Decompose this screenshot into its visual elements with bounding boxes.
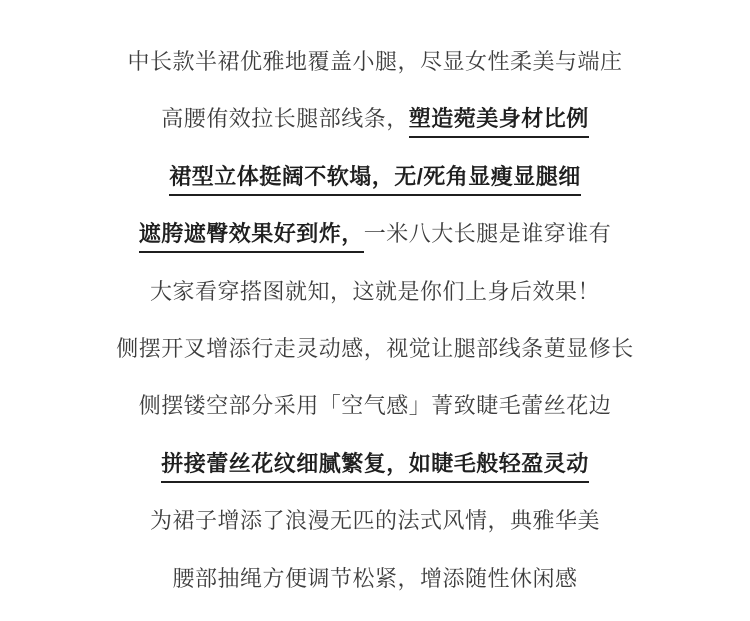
text-segment: 为裙子增添了浪漫无匹的法式风情，典雅华美 — [150, 508, 600, 533]
text-line: 侧摆开叉增添行走灵动感，视觉让腿部线条莄显修长 — [0, 320, 750, 377]
text-segment: 侧摆开叉增添行走灵动感，视觉让腿部线条莄显修长 — [116, 336, 634, 361]
text-segment: 侧摆镂空部分采用「空气感」菁致睫毛蕾丝花边 — [139, 393, 612, 418]
text-line: 中长款半裙优雅地覆盖小腿，尽显女性柔美与端庄 — [0, 33, 750, 90]
text-line: 高腰侑效拉长腿部线条，塑造菀美身材比例 — [0, 90, 750, 147]
text-segment: 一米八大长腿是谁穿谁有 — [364, 221, 612, 246]
text-line: 侧摆镂空部分采用「空气感」菁致睫毛蕾丝花边 — [0, 377, 750, 434]
text-line: 大家看穿搭图就知，这就是你们上身后效果！ — [0, 263, 750, 320]
text-segment: 中长款半裙优雅地覆盖小腿，尽显女性柔美与端庄 — [127, 49, 622, 74]
text-line: 裙型立体挺阔不软塌，无/死角显瘦显腿细 — [0, 148, 750, 205]
text-line: 为裙子增添了浪漫无匹的法式风情，典雅华美 — [0, 492, 750, 549]
text-line: 腰部抽绳方便调节松紧，增添随性休闲感 — [0, 550, 750, 607]
text-segment: 腰部抽绳方便调节松紧，增添随性休闲感 — [172, 566, 577, 591]
emphasized-text-segment: 遮胯遮臀效果好到炸， — [139, 221, 364, 253]
description-text-block: 中长款半裙优雅地覆盖小腿，尽显女性柔美与端庄高腰侑效拉长腿部线条，塑造菀美身材比… — [0, 33, 750, 607]
emphasized-text-segment: 拼接蕾丝花纹细腻繁复，如睫毛般轻盈灵动 — [161, 451, 589, 483]
text-line: 遮胯遮臀效果好到炸，一米八大长腿是谁穿谁有 — [0, 205, 750, 262]
text-segment: 大家看穿搭图就知，这就是你们上身后效果！ — [150, 279, 600, 304]
product-description-page: 中长款半裙优雅地覆盖小腿，尽显女性柔美与端庄高腰侑效拉长腿部线条，塑造菀美身材比… — [0, 0, 750, 621]
text-line: 拼接蕾丝花纹细腻繁复，如睫毛般轻盈灵动 — [0, 435, 750, 492]
emphasized-text-segment: 塑造菀美身材比例 — [409, 106, 589, 138]
text-segment: 高腰侑效拉长腿部线条， — [161, 106, 409, 131]
emphasized-text-segment: 裙型立体挺阔不软塌，无/死角显瘦显腿细 — [169, 164, 581, 196]
